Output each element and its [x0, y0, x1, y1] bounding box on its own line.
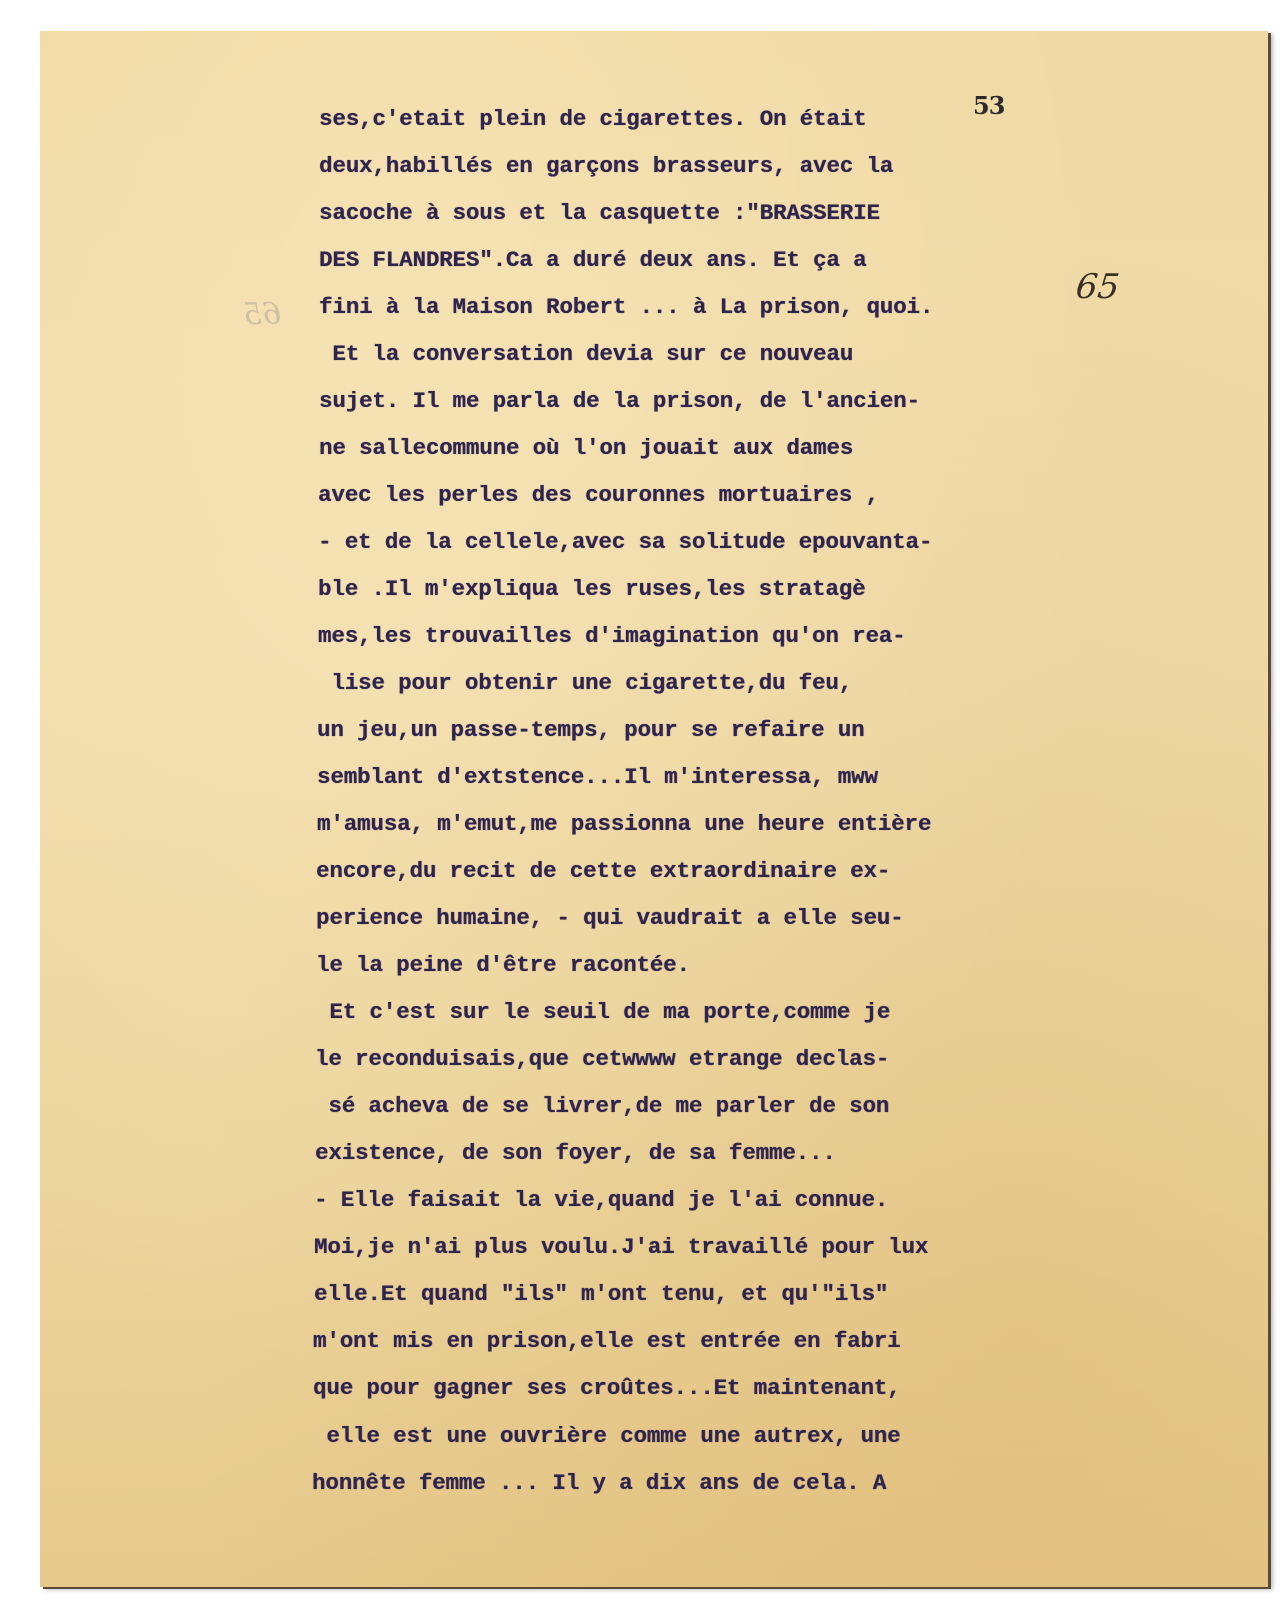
text-line: que pour gagner ses croûtes...Et mainten… [313, 1375, 901, 1401]
text-line: m'amusa, m'emut,me passionna une heure e… [317, 811, 931, 837]
text-line: avec les perles des couronnes mortuaires… [318, 482, 879, 508]
text-line: existence, de son foyer, de sa femme... [315, 1140, 836, 1166]
text-line: encore,du recit de cette extraordinaire … [316, 858, 890, 884]
text-line: le la peine d'être racontée. [316, 952, 690, 978]
text-line: semblant d'extstence...Il m'interessa, m… [317, 764, 878, 790]
text-line: Et la conversation devia sur ce nouveau [319, 341, 853, 367]
text-line: - Elle faisait la vie,quand je l'ai conn… [314, 1187, 888, 1213]
typewritten-text-body: ses,c'etait plein de cigarettes. On étai… [40, 31, 1268, 1587]
text-line: lise pour obtenir une cigarette,du feu, [318, 670, 852, 696]
text-line: sujet. Il me parla de la prison, de l'an… [319, 388, 920, 414]
text-line: m'ont mis en prison,elle est entrée en f… [313, 1328, 901, 1354]
text-line: fini à la Maison Robert ... à La prison,… [319, 294, 933, 320]
text-line: sacoche à sous et la casquette :"BRASSER… [319, 200, 880, 226]
text-line: mes,les trouvailles d'imagination qu'on … [318, 623, 906, 649]
text-line: perience humaine, - qui vaudrait a elle … [316, 905, 904, 931]
text-line: elle est une ouvrière comme une autrex, … [313, 1423, 901, 1449]
text-line: ble .Il m'expliqua les ruses,les stratag… [318, 576, 865, 602]
text-line: un jeu,un passe-temps, pour se refaire u… [317, 717, 864, 743]
text-line: Moi,je n'ai plus voulu.J'ai travaillé po… [314, 1234, 928, 1260]
typewritten-page: 53 65 65 ses,c'etait plein de cigarettes… [40, 31, 1268, 1587]
text-line: - et de la cellele,avec sa solitude epou… [318, 529, 932, 555]
text-line: elle.Et quand "ils" m'ont tenu, et qu'"i… [314, 1281, 888, 1307]
text-line: DES FLANDRES".Ca a duré deux ans. Et ça … [319, 247, 866, 273]
text-line: sé acheva de se livrer,de me parler de s… [315, 1093, 889, 1119]
text-line: honnête femme ... Il y a dix ans de cela… [312, 1470, 886, 1496]
text-line: ses,c'etait plein de cigarettes. On étai… [319, 106, 866, 132]
text-line: Et c'est sur le seuil de ma porte,comme … [316, 999, 890, 1025]
text-line: ne sallecommune où l'on jouait aux dames [319, 435, 853, 461]
text-line: deux,habillés en garçons brasseurs, avec… [319, 153, 893, 179]
text-line: le reconduisais,que cetwwww etrange decl… [315, 1046, 889, 1072]
